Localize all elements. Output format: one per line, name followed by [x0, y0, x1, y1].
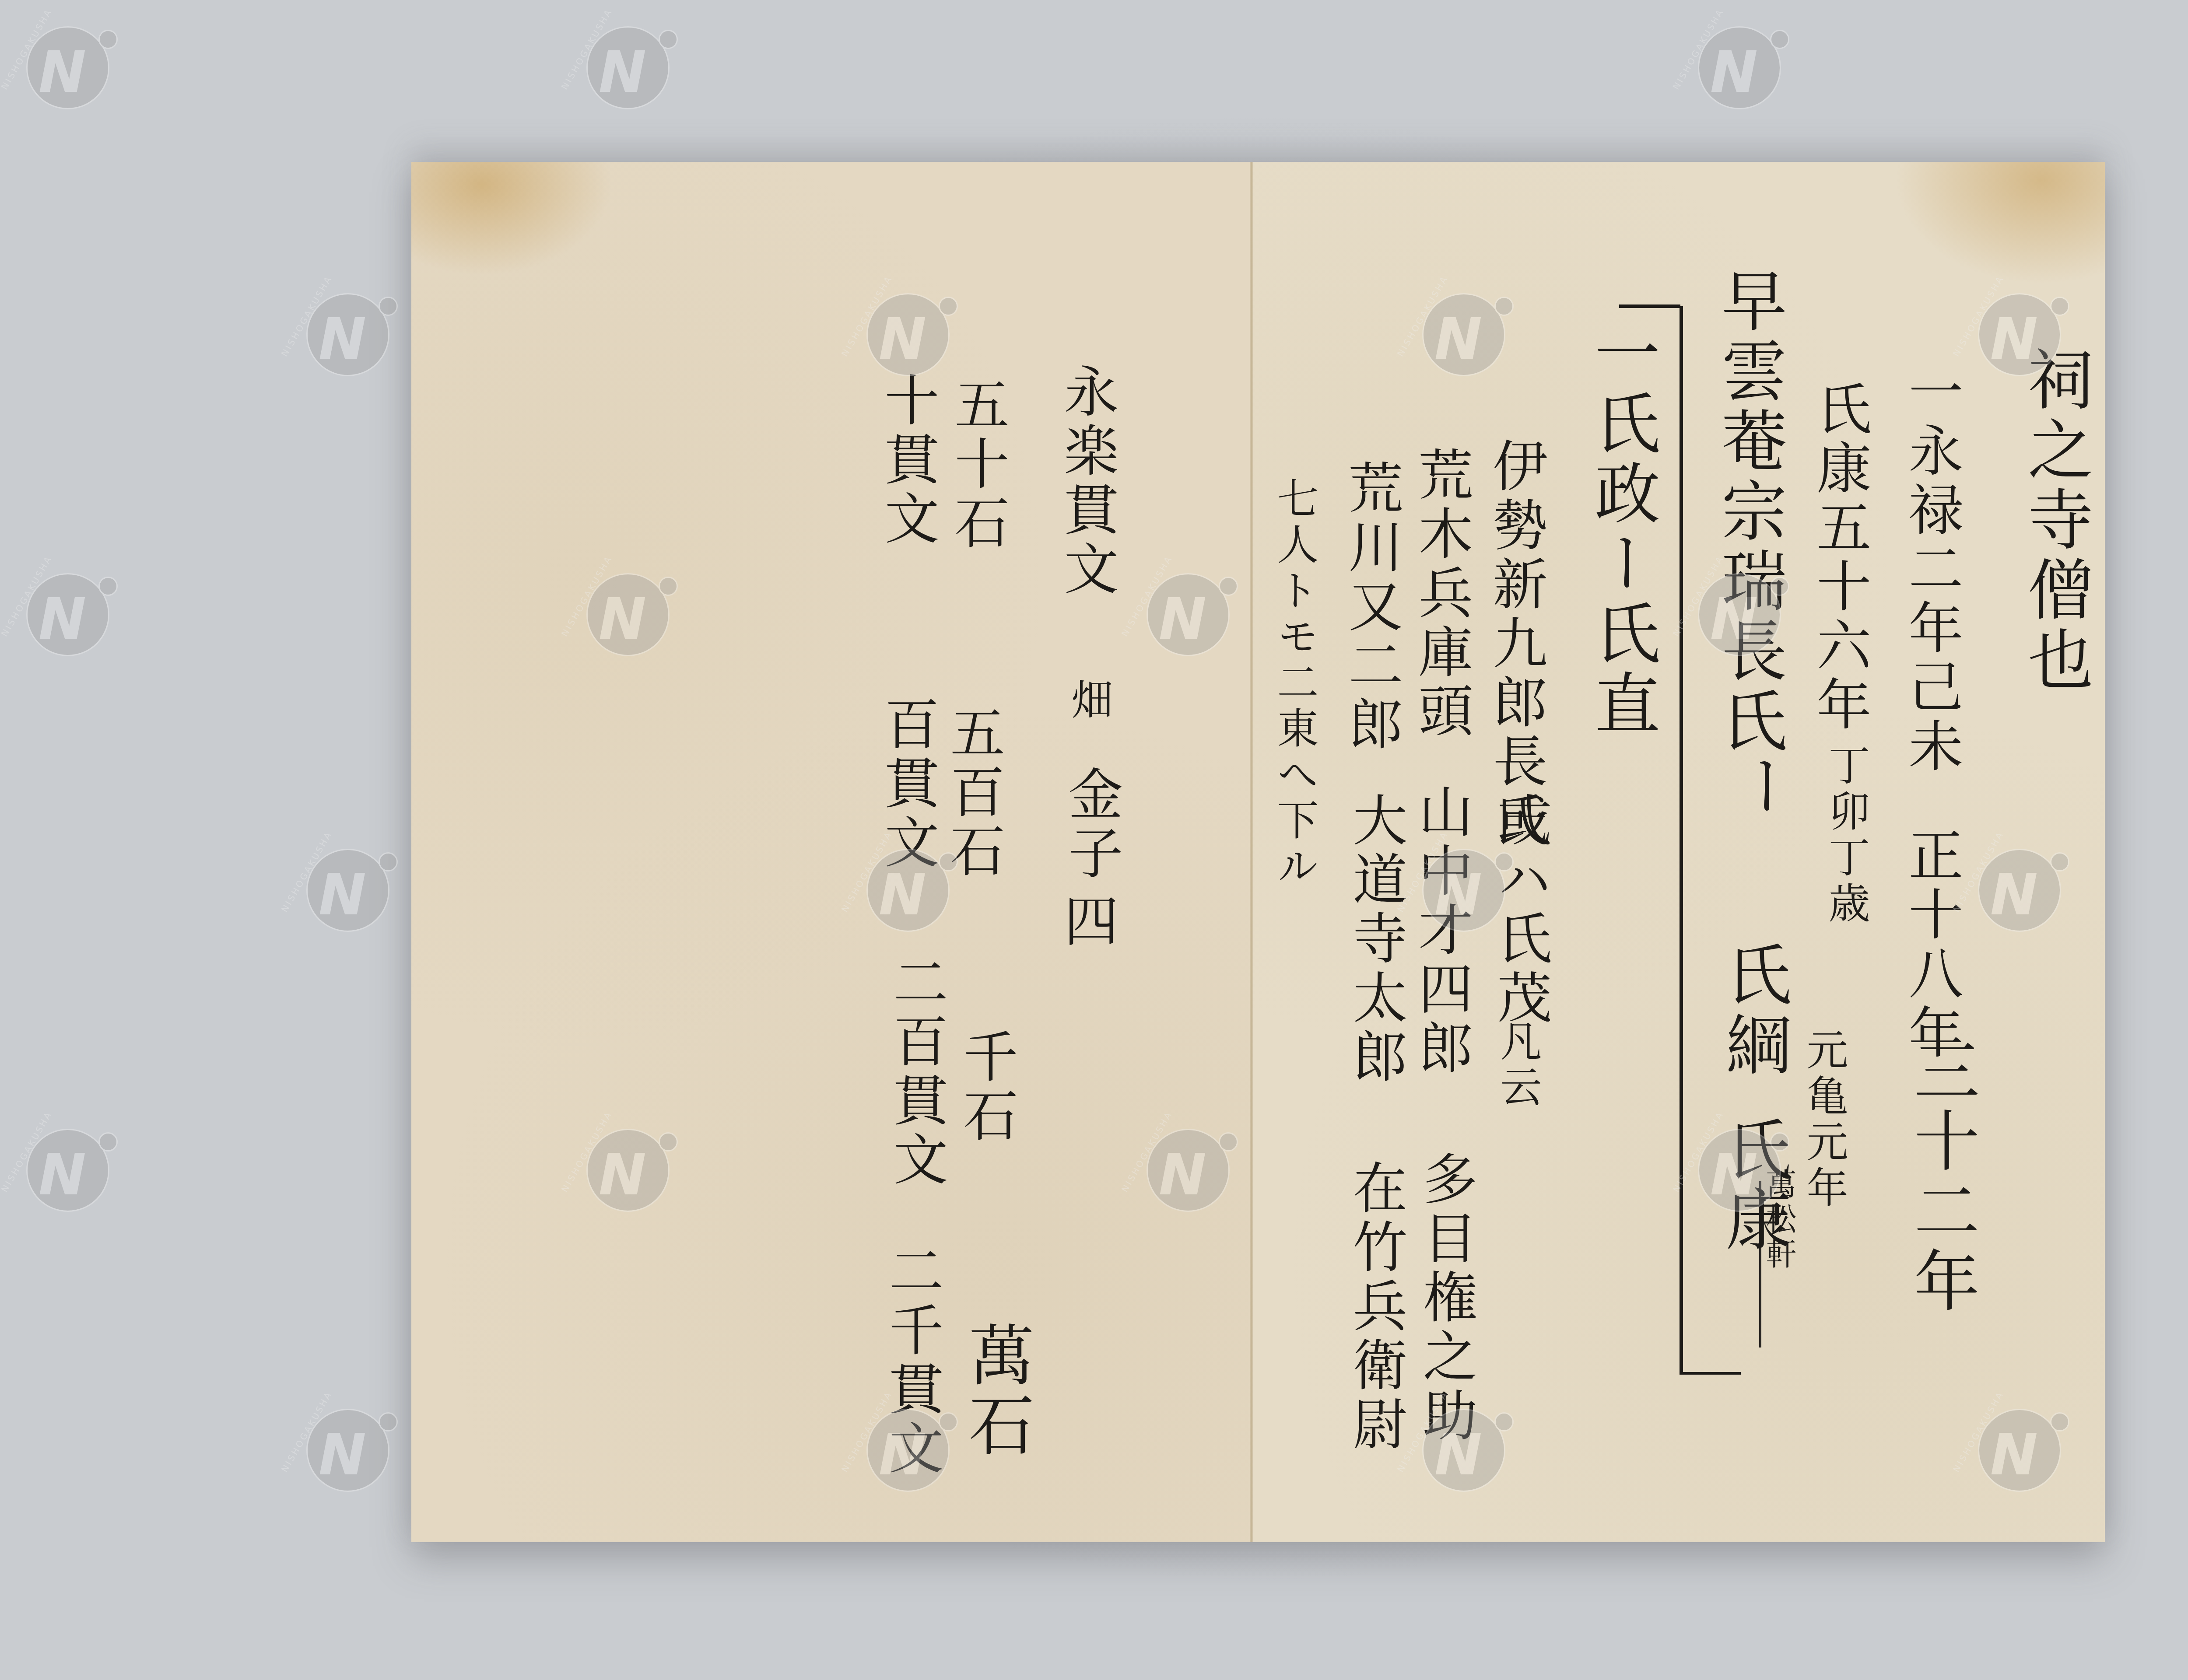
book-spine-fold — [1250, 162, 1253, 1542]
handwritten-column: 五十石 — [950, 376, 1004, 553]
logo-text: NISHOGAKUSHA — [279, 829, 334, 914]
handwritten-column: 百貫文 — [880, 696, 934, 873]
logo-disc — [26, 573, 109, 656]
logo-disc — [26, 26, 109, 109]
logo-text: NISHOGAKUSHA — [0, 553, 54, 638]
handwritten-column: 氏綱 — [1720, 941, 1785, 1081]
logo-dot — [379, 852, 398, 871]
handwritten-column: 丁卯丁歳 — [1825, 744, 1866, 927]
handwritten-column: 永楽貫文 — [1059, 363, 1114, 599]
logo-glyph: N — [39, 591, 86, 647]
genealogy-bracket-line — [1680, 306, 1683, 1374]
logo-dot — [98, 30, 118, 49]
logo-glyph: N — [1710, 44, 1758, 101]
handwritten-column: 伊勢新九郎長氏 — [1488, 437, 1543, 851]
handwritten-column: 四 — [1059, 892, 1114, 952]
nishogakusha-logo-icon: NNISHOGAKUSHA — [18, 17, 118, 118]
nishogakusha-logo-icon: NNISHOGAKUSHA — [1689, 17, 1790, 118]
handwritten-column: 正十八年 — [1904, 827, 1958, 1063]
handwritten-column: 三十二年 — [1908, 1037, 1974, 1317]
logo-disc — [586, 26, 670, 109]
logo-glyph: N — [599, 44, 646, 101]
handwritten-column: 一氏政ー氏直 — [1588, 319, 1654, 739]
handwritten-column: 大道寺太郎 — [1348, 792, 1403, 1087]
manuscript-book: 永楽貫文畑金子四五十石五百石千石萬石十貫文百貫文二百貫文二千貫文 祠之寺僧也一永… — [411, 162, 2105, 1542]
handwritten-column: 萬松軒 — [1764, 1168, 1794, 1273]
logo-text: NISHOGAKUSHA — [559, 7, 614, 91]
handwritten-column: 五百石 — [945, 704, 1000, 882]
nishogakusha-logo-icon: NNISHOGAKUSHA — [298, 1400, 398, 1501]
nishogakusha-logo-icon: NNISHOGAKUSHA — [298, 840, 398, 941]
logo-dot — [98, 1132, 118, 1151]
logo-glyph: N — [39, 44, 86, 101]
handwritten-column: 萬石 — [963, 1321, 1028, 1461]
logo-disc — [306, 1409, 389, 1492]
logo-dot — [1770, 30, 1789, 49]
handwritten-column: 荒川又二郎 — [1343, 459, 1398, 755]
handwritten-column: 七人トモ二東へ下ル — [1273, 477, 1315, 890]
logo-dot — [98, 577, 118, 596]
logo-glyph: N — [319, 1426, 366, 1483]
logo-text: NISHOGAKUSHA — [0, 1109, 54, 1194]
handwritten-column: 十貫文 — [880, 372, 934, 549]
logo-text: NISHOGAKUSHA — [279, 273, 334, 358]
nishogakusha-logo-icon: NNISHOGAKUSHA — [298, 284, 398, 385]
handwritten-column: 多目権之助 — [1418, 1151, 1473, 1446]
genealogy-bracket-top — [1619, 304, 1680, 308]
logo-glyph: N — [39, 1146, 86, 1203]
logo-disc — [1698, 26, 1781, 109]
paper-stain — [411, 162, 613, 276]
handwritten-column: 山中才四郎 — [1413, 783, 1468, 1078]
handwritten-column: ー — [1729, 752, 1794, 822]
handwritten-column: 早雲菴宗瑞長氏 — [1715, 267, 1781, 757]
logo-disc — [26, 1129, 109, 1212]
left-page: 永楽貫文畑金子四五十石五百石千石萬石十貫文百貫文二百貫文二千貫文 — [411, 162, 1252, 1542]
logo-text: NISHOGAKUSHA — [279, 1389, 334, 1474]
handwritten-column: 凡云 — [1497, 1019, 1538, 1111]
handwritten-column: 千石 — [958, 1028, 1013, 1146]
handwritten-column: 畑 — [1068, 678, 1109, 724]
handwritten-column: 一永禄二年己未 — [1904, 363, 1958, 777]
handwritten-column: 金子 — [1063, 766, 1118, 884]
handwritten-column: 荒木兵庫頭 — [1413, 446, 1468, 742]
nishogakusha-logo-icon: NNISHOGAKUSHA — [18, 564, 118, 665]
nishogakusha-logo-icon: NNISHOGAKUSHA — [18, 1120, 118, 1221]
handwritten-column: 二千貫文 — [884, 1242, 939, 1479]
logo-disc — [306, 849, 389, 932]
logo-dot — [659, 30, 678, 49]
logo-dot — [379, 297, 398, 316]
nishogakusha-logo-icon: NNISHOGAKUSHA — [578, 17, 678, 118]
handwritten-column: 在竹兵衛尉 — [1348, 1159, 1403, 1455]
logo-glyph: N — [319, 866, 366, 923]
paper-stain — [1895, 162, 2105, 284]
logo-text: NISHOGAKUSHA — [1671, 7, 1726, 91]
handwritten-column: 二百貫文 — [888, 954, 943, 1190]
logo-dot — [379, 1412, 398, 1431]
genealogy-bracket-bottom — [1680, 1372, 1741, 1375]
logo-text: NISHOGAKUSHA — [0, 7, 54, 91]
handwritten-column: 祠之寺僧也 — [2022, 346, 2087, 696]
handwritten-column: 元亀元年 — [1803, 1028, 1844, 1212]
logo-disc — [306, 293, 389, 376]
handwritten-column: 氏康五十六年 — [1812, 381, 1866, 735]
logo-glyph: N — [319, 311, 366, 367]
handwritten-column: 或ハ氏茂 — [1492, 792, 1547, 1028]
